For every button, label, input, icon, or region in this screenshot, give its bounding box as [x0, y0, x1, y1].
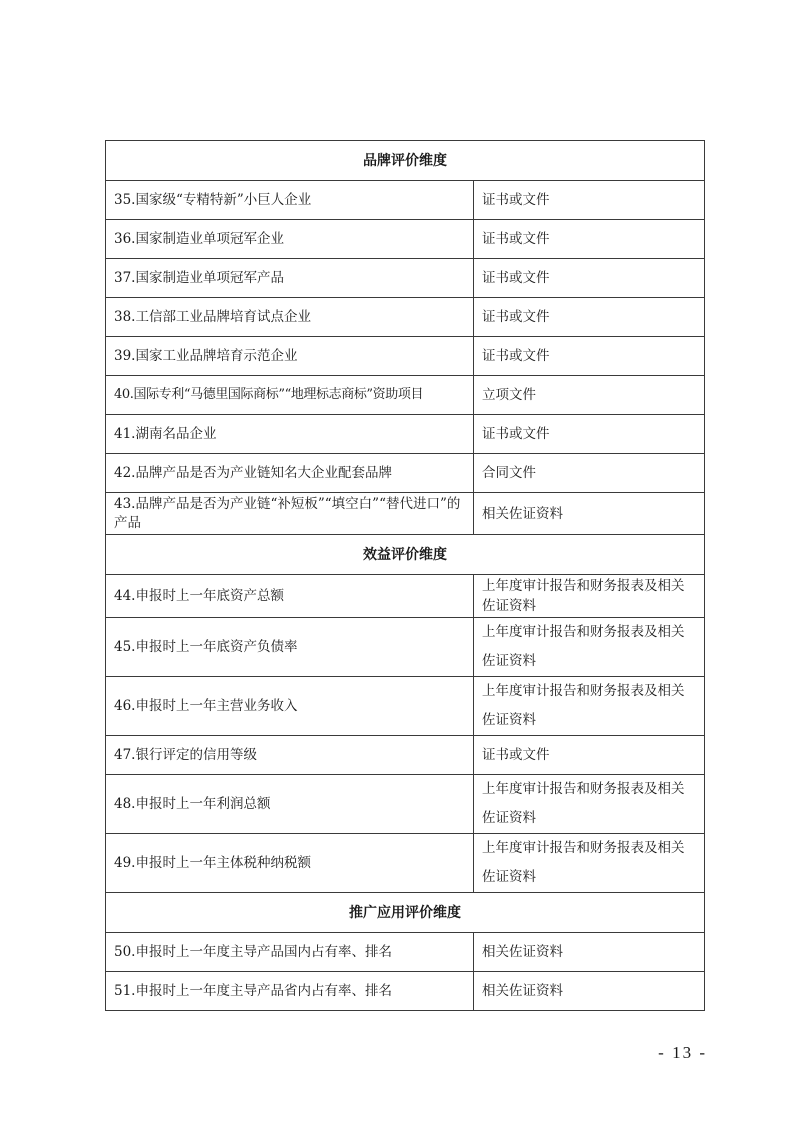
table-row: 41.湖南名品企业 证书或文件 [106, 415, 705, 454]
evidence-cell: 证书或文件 [474, 181, 705, 220]
item-cell: 49.申报时上一年主体税种纳税额 [106, 834, 474, 893]
item-cell: 44.申报时上一年底资产总额 [106, 575, 474, 618]
page-number: - 13 - [658, 1043, 707, 1063]
table-row: 38.工信部工业品牌培育试点企业 证书或文件 [106, 298, 705, 337]
section-header-promotion: 推广应用评价维度 [106, 893, 705, 933]
table-row: 44.申报时上一年底资产总额 上年度审计报告和财务报表及相关佐证资料 [106, 575, 705, 618]
evidence-cell: 上年度审计报告和财务报表及相关佐证资料 [474, 677, 705, 736]
evidence-cell: 证书或文件 [474, 220, 705, 259]
item-cell: 45.申报时上一年底资产负债率 [106, 618, 474, 677]
evidence-cell: 上年度审计报告和财务报表及相关佐证资料 [474, 618, 705, 677]
document-page: 品牌评价维度 35.国家级“专精特新”小巨人企业 证书或文件 36.国家制造业单… [0, 0, 793, 1122]
table-row: 48.申报时上一年利润总额 上年度审计报告和财务报表及相关佐证资料 [106, 775, 705, 834]
evidence-cell: 相关佐证资料 [474, 972, 705, 1011]
item-cell: 51.申报时上一年度主导产品省内占有率、排名 [106, 972, 474, 1011]
item-cell: 43.品牌产品是否为产业链“补短板”“填空白”“替代进口”的产品 [106, 493, 474, 535]
item-cell: 50.申报时上一年度主导产品国内占有率、排名 [106, 933, 474, 972]
table-row: 46.申报时上一年主营业务收入 上年度审计报告和财务报表及相关佐证资料 [106, 677, 705, 736]
table-row: 39.国家工业品牌培育示范企业 证书或文件 [106, 337, 705, 376]
item-cell: 39.国家工业品牌培育示范企业 [106, 337, 474, 376]
table-row: 35.国家级“专精特新”小巨人企业 证书或文件 [106, 181, 705, 220]
table-row: 50.申报时上一年度主导产品国内占有率、排名 相关佐证资料 [106, 933, 705, 972]
section-title: 效益评价维度 [106, 535, 705, 575]
evidence-cell: 证书或文件 [474, 415, 705, 454]
evidence-cell: 上年度审计报告和财务报表及相关佐证资料 [474, 575, 705, 618]
table-row: 51.申报时上一年度主导产品省内占有率、排名 相关佐证资料 [106, 972, 705, 1011]
evidence-cell: 证书或文件 [474, 736, 705, 775]
evidence-cell: 上年度审计报告和财务报表及相关佐证资料 [474, 775, 705, 834]
evidence-cell: 相关佐证资料 [474, 933, 705, 972]
table-row: 37.国家制造业单项冠军产品 证书或文件 [106, 259, 705, 298]
item-cell: 48.申报时上一年利润总额 [106, 775, 474, 834]
table-row: 40.国际专利“马德里国际商标”“地理标志商标”资助项目 立项文件 [106, 376, 705, 415]
evidence-cell: 证书或文件 [474, 337, 705, 376]
item-cell: 40.国际专利“马德里国际商标”“地理标志商标”资助项目 [106, 376, 474, 415]
item-cell: 41.湖南名品企业 [106, 415, 474, 454]
evidence-cell: 合同文件 [474, 454, 705, 493]
evaluation-table: 品牌评价维度 35.国家级“专精特新”小巨人企业 证书或文件 36.国家制造业单… [105, 140, 705, 1011]
evidence-cell: 相关佐证资料 [474, 493, 705, 535]
section-header-benefit: 效益评价维度 [106, 535, 705, 575]
section-title: 推广应用评价维度 [106, 893, 705, 933]
item-cell: 46.申报时上一年主营业务收入 [106, 677, 474, 736]
table-row: 42.品牌产品是否为产业链知名大企业配套品牌 合同文件 [106, 454, 705, 493]
item-cell: 37.国家制造业单项冠军产品 [106, 259, 474, 298]
item-cell: 36.国家制造业单项冠军企业 [106, 220, 474, 259]
table-row: 45.申报时上一年底资产负债率 上年度审计报告和财务报表及相关佐证资料 [106, 618, 705, 677]
evidence-cell: 上年度审计报告和财务报表及相关佐证资料 [474, 834, 705, 893]
item-cell: 38.工信部工业品牌培育试点企业 [106, 298, 474, 337]
table-row: 36.国家制造业单项冠军企业 证书或文件 [106, 220, 705, 259]
section-header-brand: 品牌评价维度 [106, 141, 705, 181]
evidence-cell: 证书或文件 [474, 259, 705, 298]
table-row: 47.银行评定的信用等级 证书或文件 [106, 736, 705, 775]
item-cell: 47.银行评定的信用等级 [106, 736, 474, 775]
section-title: 品牌评价维度 [106, 141, 705, 181]
item-cell: 35.国家级“专精特新”小巨人企业 [106, 181, 474, 220]
evidence-cell: 证书或文件 [474, 298, 705, 337]
evidence-cell: 立项文件 [474, 376, 705, 415]
table-row: 49.申报时上一年主体税种纳税额 上年度审计报告和财务报表及相关佐证资料 [106, 834, 705, 893]
item-cell: 42.品牌产品是否为产业链知名大企业配套品牌 [106, 454, 474, 493]
table-row: 43.品牌产品是否为产业链“补短板”“填空白”“替代进口”的产品 相关佐证资料 [106, 493, 705, 535]
